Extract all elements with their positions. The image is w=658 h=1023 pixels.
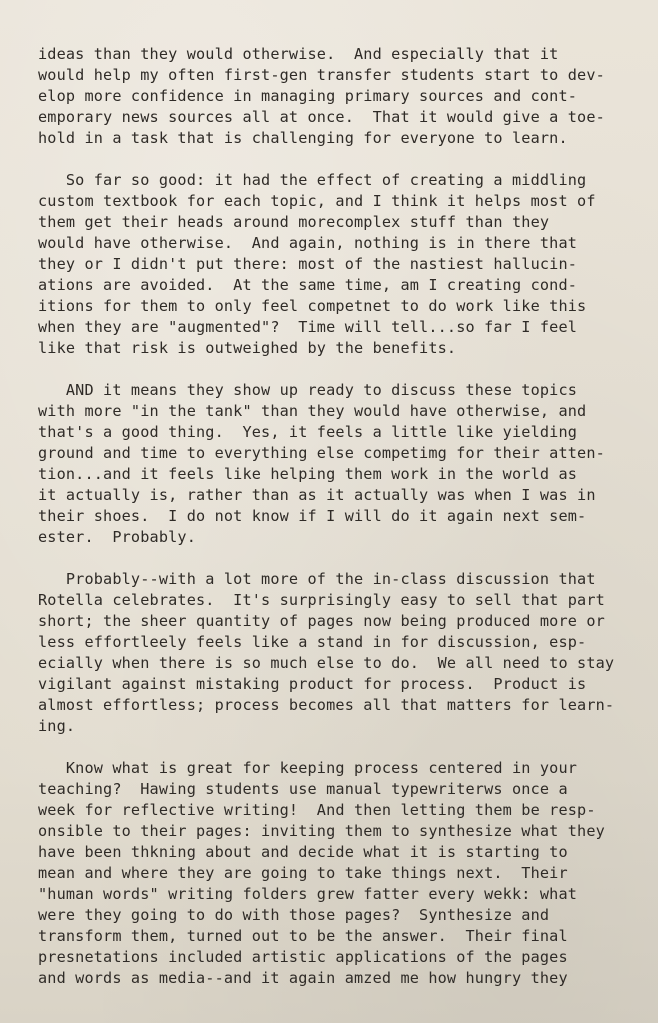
text-line: less effortleely feels like a stand in f…	[38, 632, 648, 653]
text-line: like that risk is outweighed by the bene…	[38, 338, 648, 359]
text-line: mean and where they are going to take th…	[38, 863, 648, 884]
text-line: hold in a task that is challenging for e…	[38, 128, 648, 149]
text-line: Know what is great for keeping process c…	[38, 758, 648, 779]
text-line: transform them, turned out to be the ans…	[38, 926, 648, 947]
text-line: emporary news sources all at once. That …	[38, 107, 648, 128]
text-line: custom textbook for each topic, and I th…	[38, 191, 648, 212]
text-line: ations are avoided. At the same time, am…	[38, 275, 648, 296]
text-line: have been thkning about and decide what …	[38, 842, 648, 863]
text-line: So far so good: it had the effect of cre…	[38, 170, 648, 191]
paragraph-5: Know what is great for keeping process c…	[38, 758, 648, 989]
document-body: ideas than they would otherwise. And esp…	[38, 44, 648, 1010]
text-line: and words as media--and it again amzed m…	[38, 968, 648, 989]
text-line: would have otherwise. And again, nothing…	[38, 233, 648, 254]
text-line: teaching? Hawing students use manual typ…	[38, 779, 648, 800]
paragraph-4: Probably--with a lot more of the in-clas…	[38, 569, 648, 737]
text-line: that's a good thing. Yes, it feels a lit…	[38, 422, 648, 443]
paragraph-3: AND it means they show up ready to discu…	[38, 380, 648, 548]
text-line: onsible to their pages: inviting them to…	[38, 821, 648, 842]
text-line: vigilant against mistaking product for p…	[38, 674, 648, 695]
text-line: short; the sheer quantity of pages now b…	[38, 611, 648, 632]
typewritten-page: ideas than they would otherwise. And esp…	[0, 0, 658, 1023]
paragraph-2: So far so good: it had the effect of cre…	[38, 170, 648, 359]
text-line: week for reflective writing! And then le…	[38, 800, 648, 821]
text-line: ing.	[38, 716, 648, 737]
text-line: "human words" writing folders grew fatte…	[38, 884, 648, 905]
text-line: presnetations included artistic applicat…	[38, 947, 648, 968]
text-line: Probably--with a lot more of the in-clas…	[38, 569, 648, 590]
text-line: ecially when there is so much else to do…	[38, 653, 648, 674]
text-line: were they going to do with those pages? …	[38, 905, 648, 926]
text-line: they or I didn't put there: most of the …	[38, 254, 648, 275]
text-line: it actually is, rather than as it actual…	[38, 485, 648, 506]
text-line: ideas than they would otherwise. And esp…	[38, 44, 648, 65]
text-line: almost effortless; process becomes all t…	[38, 695, 648, 716]
text-line: their shoes. I do not know if I will do …	[38, 506, 648, 527]
text-line: AND it means they show up ready to discu…	[38, 380, 648, 401]
text-line: ground and time to everything else compe…	[38, 443, 648, 464]
text-line: itions for them to only feel competnet t…	[38, 296, 648, 317]
text-line: would help my often first-gen transfer s…	[38, 65, 648, 86]
text-line: tion...and it feels like helping them wo…	[38, 464, 648, 485]
text-line: ester. Probably.	[38, 527, 648, 548]
text-line: them get their heads around morecomplex …	[38, 212, 648, 233]
text-line: Rotella celebrates. It's surprisingly ea…	[38, 590, 648, 611]
text-line: with more "in the tank" than they would …	[38, 401, 648, 422]
paragraph-1: ideas than they would otherwise. And esp…	[38, 44, 648, 149]
text-line: when they are "augmented"? Time will tel…	[38, 317, 648, 338]
text-line: elop more confidence in managing primary…	[38, 86, 648, 107]
